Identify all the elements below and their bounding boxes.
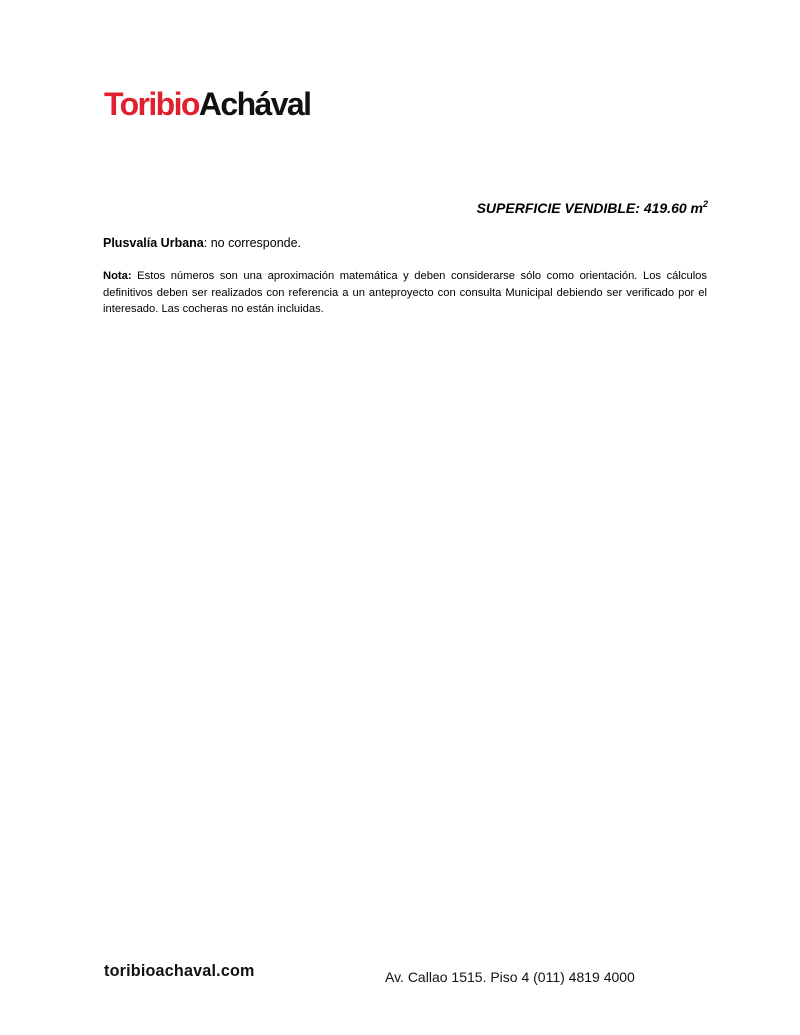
superficie-superscript: 2 [703, 199, 708, 209]
nota-text: Estos números son una aproximación matem… [103, 270, 707, 315]
plusvalia-value: : no corresponde. [204, 236, 301, 250]
nota-paragraph: Nota: Estos números son una aproximación… [103, 268, 707, 318]
footer-website: toribioachaval.com [104, 961, 255, 981]
nota-label: Nota: [103, 270, 132, 282]
logo-achaval: Achával [199, 86, 311, 122]
superficie-text: SUPERFICIE VENDIBLE: 419.60 m [477, 200, 703, 216]
plusvalia-label: Plusvalía Urbana [103, 236, 204, 250]
company-logo: ToribioAchával [104, 84, 310, 124]
logo-toribio: Toribio [104, 86, 199, 122]
superficie-vendible: SUPERFICIE VENDIBLE: 419.60 m2 [477, 199, 708, 216]
plusvalia-urbana: Plusvalía Urbana: no corresponde. [103, 236, 301, 250]
footer-address: Av. Callao 1515. Piso 4 (011) 4819 4000 [385, 969, 635, 985]
